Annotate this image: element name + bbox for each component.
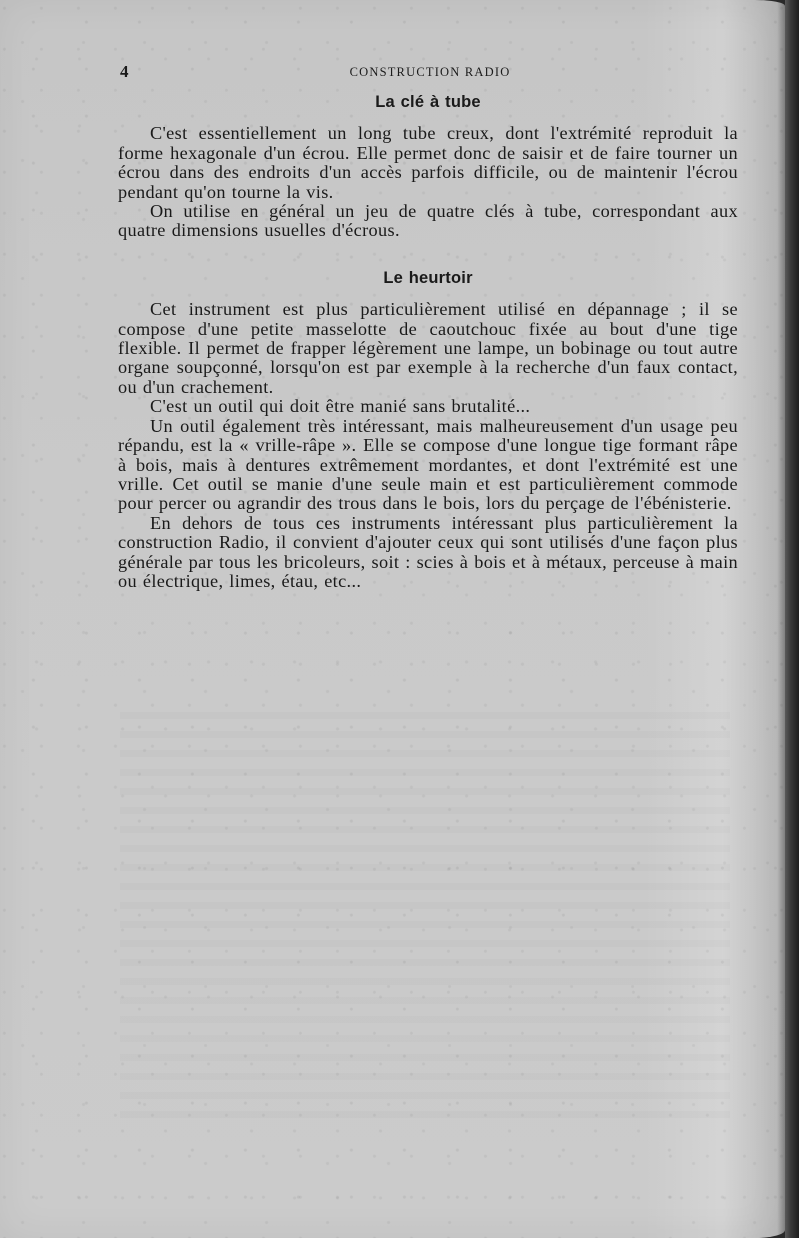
section-heading-heurtoir: Le heurtoir	[118, 269, 738, 288]
page-body: La clé à tube C'est essentiellement un l…	[118, 93, 738, 591]
running-header: 4 CONSTRUCTION RADIO	[120, 62, 740, 82]
paragraph: Cet instrument est plus particulièrement…	[118, 300, 738, 397]
section-heading-cle-a-tube: La clé à tube	[118, 93, 738, 112]
paragraph: On utilise en général un jeu de quatre c…	[118, 202, 738, 241]
paragraph: C'est essentiellement un long tube creux…	[118, 124, 738, 202]
paragraph: C'est un outil qui doit être manié sans …	[118, 397, 738, 416]
page-binding-shadow	[785, 0, 799, 1238]
bleed-through-texture	[120, 700, 730, 1120]
paragraph: En dehors de tous ces instruments intére…	[118, 514, 738, 592]
book-page: 4 CONSTRUCTION RADIO La clé à tube C'est…	[0, 0, 785, 1238]
running-title: CONSTRUCTION RADIO	[120, 65, 740, 80]
paragraph: Un outil également très intéressant, mai…	[118, 417, 738, 514]
